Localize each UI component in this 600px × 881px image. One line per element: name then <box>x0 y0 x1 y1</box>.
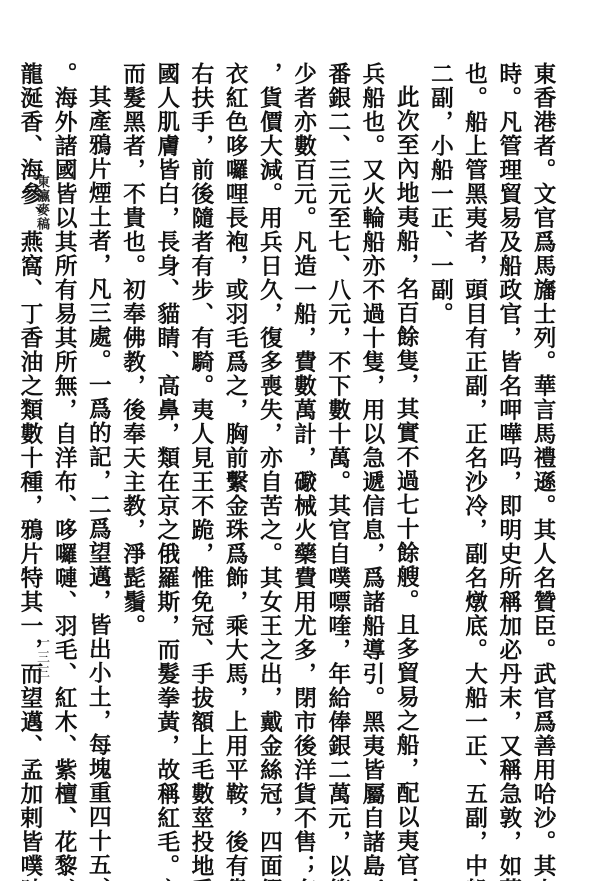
body-text: 東香港者。文官爲馬旛士列。華言馬禮遜。其人名贊臣。武官爲善用哈沙。其人名禮也 時… <box>13 62 560 842</box>
text-column-7: 番銀二、三元至七、八元，不下數十萬。其官自噗嘌喹，年給俸銀二萬元，以等遞減， <box>321 62 355 842</box>
text-column-5-paragraph-start: 此次至內地夷船，名百餘隻，其實不過七十餘艘。且多貿易之船，配以夷官，非盡 <box>389 62 423 842</box>
text-column-6: 兵船也。又火輪船亦不過十隻，用以急遞信息，爲諸船導引。黑夷皆屬自諸島，給工資 <box>355 62 389 842</box>
text-column-14-paragraph-start: 其產鴉片煙土者，凡三處。一爲的記，二爲望邁，皆出小土，每塊重四十五、六兩 <box>81 62 115 842</box>
text-column-11: 右扶手，前後隨者有步、有騎。夷人見王不跪，惟免冠、手拔額上毛數莖投地爲敬。其 <box>184 62 218 842</box>
text-column-12: 國人肌膚皆白，長身、貓睛、高鼻，類在京之俄羅斯，而髮拳黃，故稱紅毛。亦有肌白 <box>150 62 184 842</box>
running-title: 東瀛麥稿 <box>32 175 51 231</box>
text-column-8: 少者亦數百元。凡造一船，費數萬計，礮械火藥費用尤多，閉市後洋貨不售；有私售者 <box>286 62 320 842</box>
text-column-4: 二副，小船一正、一副。 <box>423 62 457 842</box>
text-column-9: ，貨價大減。用兵日久，復多喪失，亦自苦之。其女王之出，戴金絲冠，四面綴珠，身 <box>252 62 286 842</box>
text-column-13: 而髮黑者，不貴也。初奉佛教，後奉天主教，淨髭鬚。 <box>115 62 149 842</box>
document-page: 東香港者。文官爲馬旛士列。華言馬禮遜。其人名贊臣。武官爲善用哈沙。其人名禮也 時… <box>0 0 600 881</box>
text-column-2: 時。凡管理貿易及船政官，皆名呷嘩吗，即明史所稱加必丹末，又稱急敦，如華言船主 <box>492 62 526 842</box>
text-column-1: 東香港者。文官爲馬旛士列。華言馬禮遜。其人名贊臣。武官爲善用哈沙。其人名禮也 <box>526 62 560 842</box>
text-column-3: 也。船上管黑夷者，頭目有正副，正名沙冷，副名燉底。大船一正、五副，中船一正、 <box>457 62 491 842</box>
text-column-10: 衣紅色哆囉哩長袍，或羽毛爲之，胸前繫金珠爲飾，乘大馬，上用平鞍，後有靠背，左 <box>218 62 252 842</box>
page-number: 一三三 <box>32 635 51 680</box>
text-column-15: 。海外諸國皆以其所有易其所無，自洋布、哆囉嗹、羽毛、紅木、紫檀、花黎、冰片、 <box>47 62 81 842</box>
